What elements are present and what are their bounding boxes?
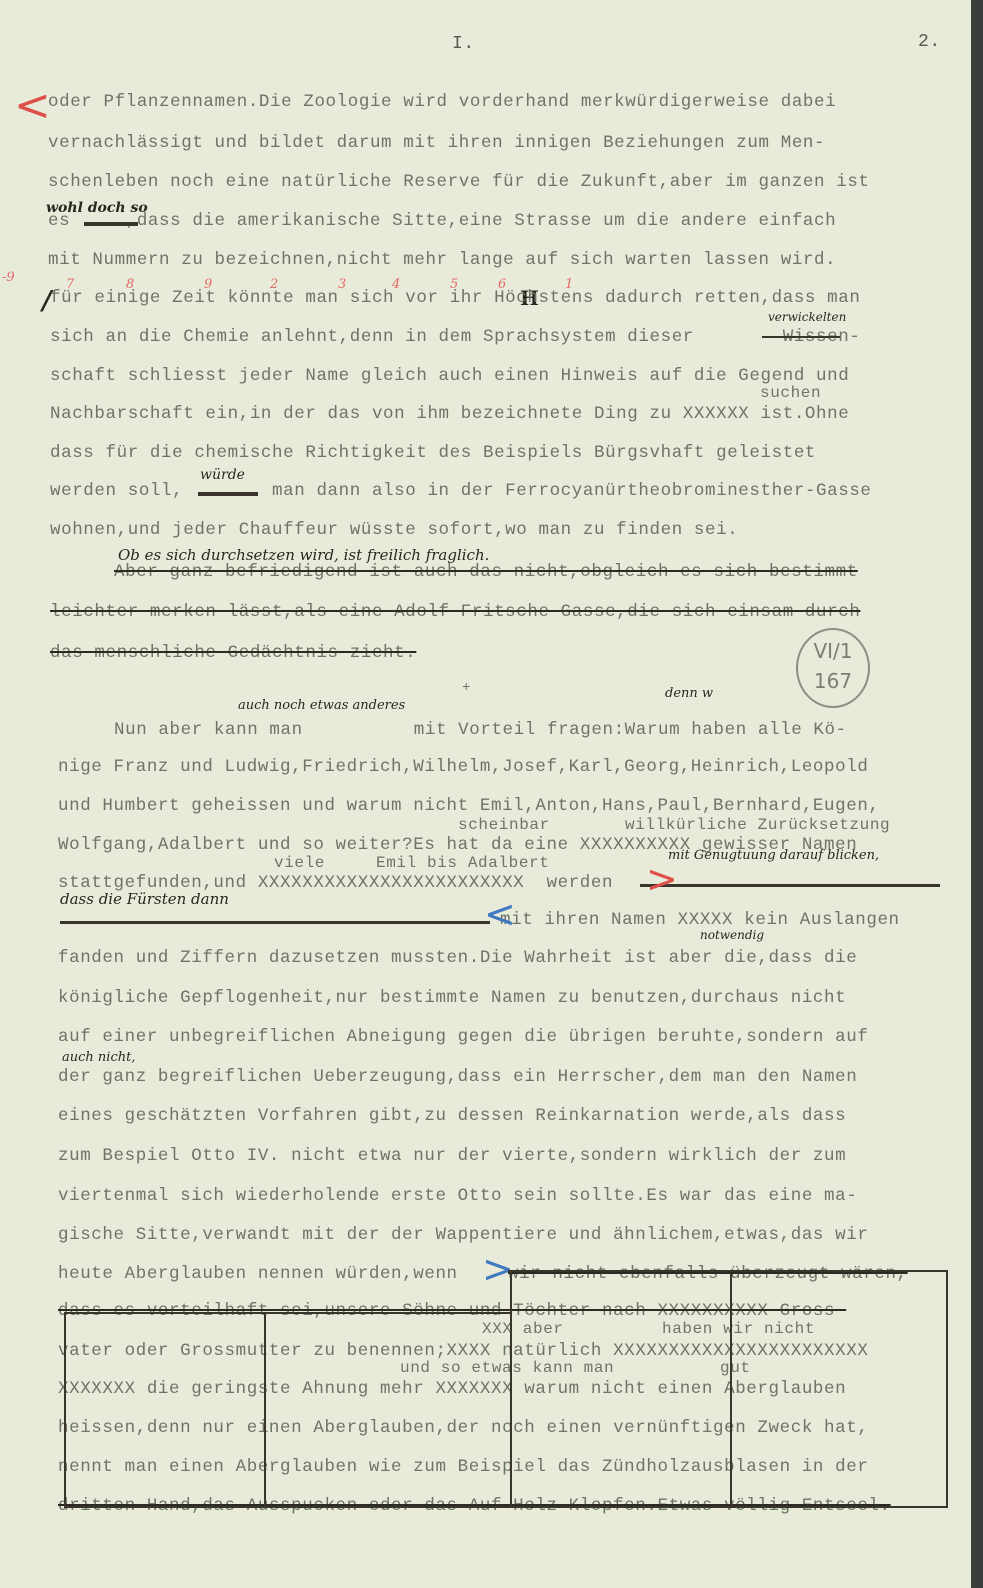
typed-line: mit Nummern zu bezeichnen,nicht mehr lan…	[48, 250, 836, 270]
typed-line: der ganz begreiflichen Ueberzeugung,dass…	[58, 1067, 857, 1087]
struck-word-hier	[84, 222, 138, 226]
typed-line: gische Sitte,verwandt mit der der Wappen…	[58, 1225, 868, 1245]
typed-line: vater oder Grossmutter zu benennen;XXXX …	[58, 1341, 868, 1361]
typed-line: mit ihren Namen XXXXX kein Auslangen	[500, 910, 900, 930]
red-margin-bracket: <	[14, 84, 51, 128]
insertion: viele Emil bis Adalbert	[274, 854, 549, 872]
typed-line: es ,dass die amerikanische Sitte,eine St…	[48, 211, 836, 231]
typed-line: königliche Gepflogenheit,nur bestimmte N…	[58, 988, 846, 1008]
typed-line: heute Aberglauben nennen würden,wenn	[58, 1264, 458, 1284]
stamp-top: VI/1	[798, 636, 868, 666]
page-number: 2.	[918, 32, 941, 52]
typed-line: schaft schliesst jeder Name gleich auch …	[50, 366, 849, 386]
grid-line	[64, 1312, 66, 1508]
insertion: willkürliche Zurücksetzung	[625, 816, 890, 834]
grid-line	[730, 1274, 732, 1508]
struck-line: dass es vorteilhaft sei,unsere Söhne und…	[58, 1301, 846, 1321]
typed-line: Nun aber kann man mit Vorteil fragen:War…	[114, 720, 847, 740]
typed-line: XXXXXXX die geringste Ahnung mehr XXXXXX…	[58, 1379, 846, 1399]
section-mark: I.	[452, 34, 475, 54]
typed-line: wohnen,und jeder Chauffeur wüsste sofort…	[50, 520, 738, 540]
insertion: und so etwas kann man	[400, 1359, 614, 1377]
plus-mark: +	[462, 680, 471, 696]
handwritten-note: würde	[200, 467, 245, 483]
typed-line: auf einer unbegreiflichen Abneigung gege…	[58, 1027, 868, 1047]
insertion: scheinbar	[458, 816, 550, 834]
archive-stamp: VI/1 167	[796, 628, 870, 708]
typed-line: sich an die Chemie anlehnt,denn in dem S…	[50, 327, 860, 347]
typed-line: Nachbarschaft ein,in der das von ihm bez…	[50, 404, 849, 424]
handwritten-note: verwickelten	[768, 310, 846, 324]
insertion: haben wir nicht	[662, 1320, 815, 1338]
typed-line: vernachlässigt und bildet darum mit ihre…	[48, 133, 825, 153]
typed-line: nige Franz und Ludwig,Friedrich,Wilhelm,…	[58, 757, 868, 777]
grid-line	[946, 1270, 948, 1508]
typed-line: schenleben noch eine natürliche Reserve …	[48, 172, 870, 192]
handwritten-note: Ob es sich durchsetzen wird, ist freilic…	[118, 546, 489, 564]
handwritten-note: dass die Fürsten dann	[60, 890, 229, 908]
struck-word-schoenen	[762, 336, 840, 338]
insertion: XXX aber	[482, 1320, 564, 1338]
typed-line: eines geschätzten Vorfahren gibt,zu dess…	[58, 1106, 846, 1126]
struck-line: das menschliche Gedächtnis zieht.	[50, 643, 416, 663]
grid-line	[64, 1506, 948, 1508]
struck-line: wir nicht ebenfalls überzeugt wären,	[508, 1264, 908, 1284]
typed-line: und Humbert geheissen und warum nicht Em…	[58, 796, 880, 816]
typed-line: zum Bespiel Otto IV. nicht etwa nur der …	[58, 1146, 846, 1166]
insertion: suchen	[760, 384, 821, 402]
insertion: gut	[720, 1359, 751, 1377]
handwritten-note: denn w	[665, 686, 713, 701]
grid-line	[264, 1312, 266, 1508]
blue-insert-mark: <	[484, 895, 516, 933]
scribble-strike	[640, 884, 940, 887]
red-margin-note: -9	[2, 270, 15, 285]
typed-line: oder Pflanzennamen.Die Zoologie wird vor…	[48, 92, 836, 112]
grid-line	[64, 1312, 510, 1314]
grid-line	[508, 1270, 948, 1272]
stamp-bottom: 167	[798, 666, 868, 696]
handwritten-note: wohl doch so	[46, 200, 148, 216]
typed-line: nennt man einen Aberglauben wie zum Beis…	[58, 1457, 868, 1477]
handwritten-note: notwendig	[700, 928, 764, 942]
red-insert-mark: >	[646, 860, 678, 898]
handwritten-note: auch nicht,	[62, 1050, 135, 1065]
struck-word-koennte	[198, 492, 258, 496]
scribble-strike	[60, 921, 490, 924]
manuscript-page: I. 2. < -9 7 8 9 2 3 4 5 6 1 / H oder Pf…	[0, 0, 983, 1588]
typed-line: viertenmal sich wiederholende erste Otto…	[58, 1186, 857, 1206]
typed-line: dass für die chemische Richtigkeit des B…	[50, 443, 816, 463]
handwritten-note: mit Genugtuung darauf blicken,	[668, 848, 879, 863]
struck-line: leichter merken lässt,als eine Adolf-Fri…	[50, 602, 860, 622]
typed-line: fanden und Ziffern dazusetzen mussten.Di…	[58, 948, 857, 968]
typed-line: werden soll, man dann also in der Ferroc…	[50, 481, 872, 501]
grid-line	[510, 1270, 512, 1508]
struck-line: Aber ganz befriedigend ist auch das nich…	[114, 562, 858, 582]
typed-line: für einige Zeit könnte man sich vor ihr …	[50, 288, 860, 308]
typed-line: heissen,denn nur einen Aberglauben,der n…	[58, 1418, 868, 1438]
handwritten-note: auch noch etwas anderes	[238, 698, 405, 713]
